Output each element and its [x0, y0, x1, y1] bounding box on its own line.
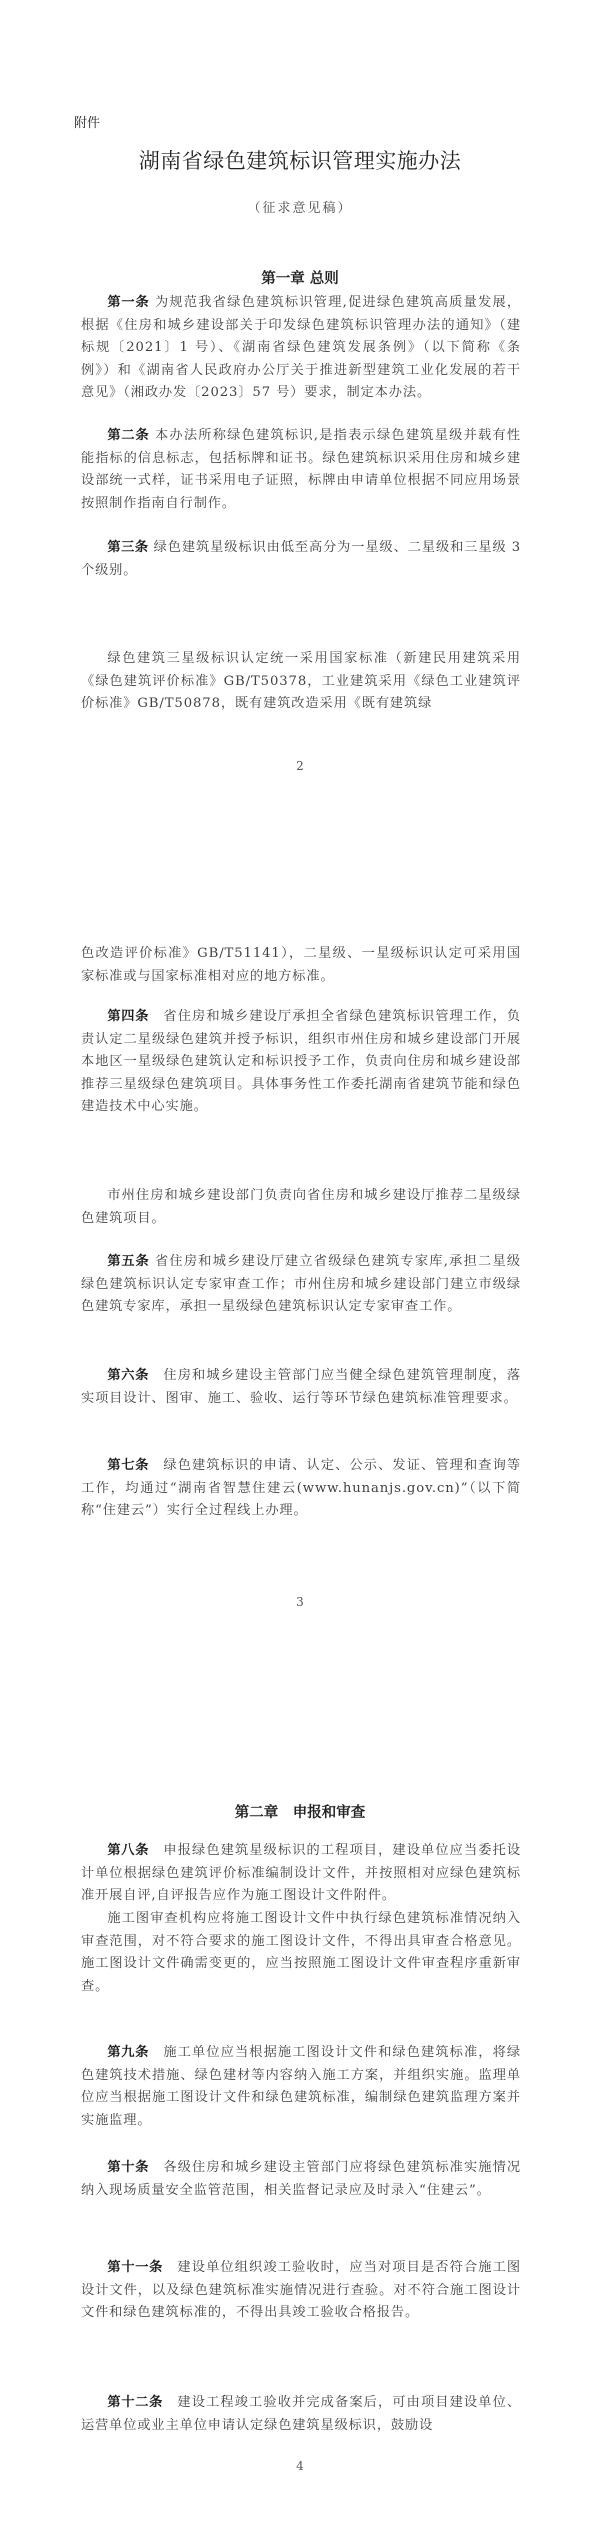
- chapter-heading: 第二章 申报和审查: [0, 1801, 600, 1822]
- article-3-paragraph-2: 绿色建筑三星级标识认定统一采用国家标准（新建民用建筑采用《绿色建筑评价标准》GB…: [81, 648, 521, 716]
- article-label: 第七条: [107, 1458, 149, 1473]
- article-4-paragraph-2: 市州住房和城乡建设部门负责向省住房和城乡建设厅推荐二星级绿色建筑项目。: [81, 1185, 521, 1230]
- page-number: 4: [0, 2459, 600, 2473]
- article-text: 省住房和城乡建设厅承担全省绿色建筑标识管理工作，负责认定二星级绿色建筑并授予标识…: [81, 1009, 521, 1114]
- article-label: 第十二条: [107, 2395, 163, 2410]
- article-7: 第七条 绿色建筑标识的申请、认定、公示、发证、管理和查询等工作，均通过“湖南省智…: [81, 1455, 521, 1523]
- article-8: 第八条 申报绿色建筑星级标识的工程项目，建设单位应当委托设计单位根据绿色建筑评价…: [81, 1840, 521, 1908]
- article-11: 第十一条 建设单位组织竣工验收时，应当对项目是否符合施工图设计文件，以及绿色建筑…: [81, 2257, 521, 2325]
- article-9: 第九条 施工单位应当根据施工图设计文件和绿色建筑标准，将绿色建筑技术措施、绿色建…: [81, 2042, 521, 2132]
- document-subtitle: （征求意见稿）: [0, 197, 600, 216]
- article-4: 第四条 省住房和城乡建设厅承担全省绿色建筑标识管理工作，负责认定二星级绿色建筑并…: [81, 1006, 521, 1119]
- article-text: 为规范我省绿色建筑标识管理,促进绿色建筑高质量发展，根据《住房和城乡建设部关于印…: [81, 295, 521, 400]
- article-label: 第八条: [107, 1843, 149, 1858]
- article-label: 第三条: [107, 540, 148, 555]
- article-label: 第二条: [107, 428, 149, 443]
- article-6: 第六条 住房和城乡建设主管部门应当健全绿色建筑管理制度，落实项目设计、图审、施工…: [81, 1365, 521, 1410]
- chapter-heading: 第一章 总则: [0, 267, 600, 288]
- article-2: 第二条 本办法所称绿色建筑标识,是指表示绿色建筑星级并载有性能指标的信息标志，包…: [81, 425, 521, 515]
- article-5: 第五条 省住房和城乡建设厅建立省级绿色建筑专家库,承担二星级绿色建筑标识认定专家…: [81, 1251, 521, 1319]
- article-12: 第十二条 建设工程竣工验收并完成备案后，可由项目建设单位、运营单位或业主单位申请…: [81, 2392, 521, 2437]
- article-3: 第三条 绿色建筑星级标识由低至高分为一星级、二星级和三星级 3 个级别。: [81, 537, 521, 582]
- page-number: 3: [0, 1595, 600, 1609]
- article-1: 第一条 为规范我省绿色建筑标识管理,促进绿色建筑高质量发展，根据《住房和城乡建设…: [81, 292, 521, 405]
- article-10: 第十条 各级住房和城乡建设主管部门应将绿色建筑标准实施情况纳入现场质量安全监管范…: [81, 2157, 521, 2202]
- article-label: 第十条: [107, 2160, 149, 2175]
- article-label: 第九条: [107, 2045, 149, 2060]
- article-label: 第五条: [107, 1254, 149, 1269]
- article-label: 第六条: [107, 1368, 149, 1383]
- article-8-paragraph-2: 施工图审查机构应将施工图设计文件中执行绿色建筑标准情况纳入审查范围，对不符合要求…: [81, 1908, 521, 1998]
- article-label: 第四条: [107, 1009, 149, 1024]
- page-number: 2: [0, 759, 600, 773]
- continuation-paragraph: 色改造评价标准》GB/T51141），二星级、一星级标识认定可采用国家标准或与国…: [81, 943, 521, 988]
- article-label: 第一条: [107, 295, 149, 310]
- attachment-label: 附件: [74, 112, 100, 131]
- document-title: 湖南省绿色建筑标识管理实施办法: [0, 145, 600, 175]
- article-label: 第十一条: [107, 2260, 163, 2275]
